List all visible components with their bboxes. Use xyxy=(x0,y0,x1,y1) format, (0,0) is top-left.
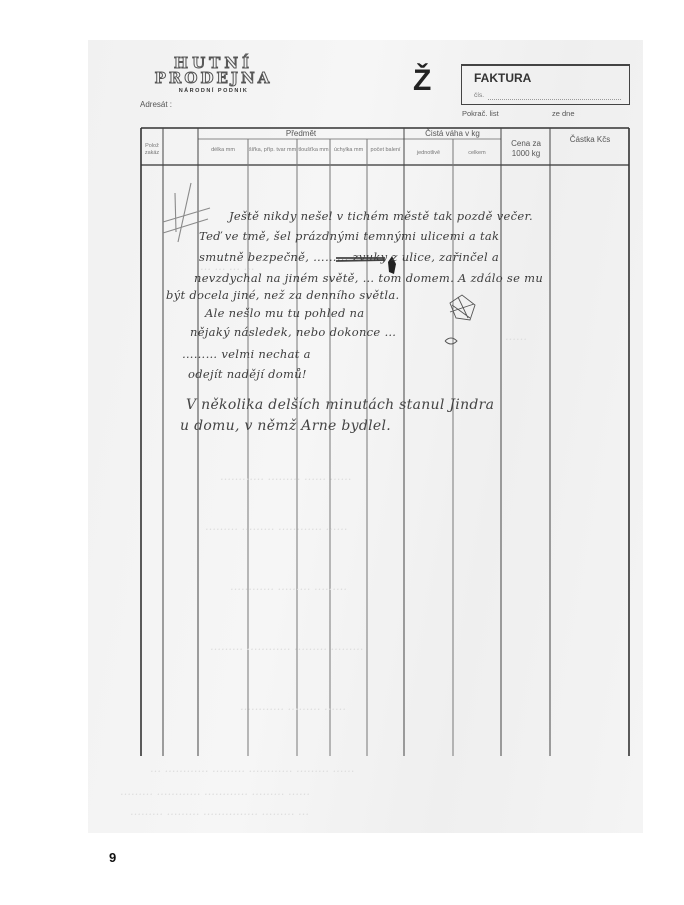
header-thickness: tloušťka mm xyxy=(297,147,330,154)
bleed-through-text: ………… ……… …… xyxy=(240,700,346,713)
handwritten-line-7: nějaký následek, nebo dokonce … xyxy=(190,325,396,339)
header-length: délka mm xyxy=(198,147,248,154)
header-subject: Předmět xyxy=(198,129,404,139)
invoice-title-box: FAKTURA čís. xyxy=(461,64,630,105)
header-weight-total: celkem xyxy=(453,150,501,157)
header-width: šířka, příp. tvar mm xyxy=(248,147,297,154)
bleed-through-text: ………… ……… ……… xyxy=(230,580,347,593)
bleed-through-text: ………… ……… …… …… xyxy=(220,470,352,483)
bleed-through-text: ……… ……… …………… ……… … xyxy=(130,805,309,818)
handwritten-line-2: Teď ve tmě, šel prázdnými temnými ulicem… xyxy=(199,229,499,243)
invoice-number-label: čís. xyxy=(474,92,484,99)
handwritten-line-6: Ale nešlo mu tu pohled na xyxy=(205,306,364,320)
bleed-through-text: …… xyxy=(505,330,527,343)
header-item-number: Polož zakáz xyxy=(141,143,163,157)
handwritten-line-5: být docela jiné, než za denního světla. xyxy=(166,288,399,302)
invoice-title: FAKTURA xyxy=(474,71,531,85)
series-letter: Ž xyxy=(413,64,431,98)
bleed-through-text: ……… ………… ………… ……… …… xyxy=(120,785,310,798)
header-tolerance: úchylka mm xyxy=(330,147,367,154)
bleed-through-text: ……… ……… ………… …… xyxy=(205,520,348,533)
continuation-label: Pokrač. list xyxy=(462,109,499,118)
page-number: 9 xyxy=(109,850,116,865)
bleed-through-text: ……… ………… ……… ……… xyxy=(210,640,364,653)
header-net-weight: Čistá váha v kg xyxy=(404,129,501,139)
header-weight-each: jednotlivě xyxy=(404,150,453,157)
header-package-count: počet balení xyxy=(367,147,404,154)
logo-line-2: PRODEJNA xyxy=(146,71,281,86)
handwritten-line-10: V několika delších minutách stanul Jindr… xyxy=(186,397,494,413)
handwritten-line-9: odejít nadějí domů! xyxy=(188,367,307,381)
handwritten-line-4: nevzdychal na jiném světě, … tom domem. … xyxy=(194,271,543,285)
invoice-number-line xyxy=(488,99,621,100)
handwritten-line-3: smutně bezpečně, ……… zvuky z ulice, zaři… xyxy=(199,250,499,264)
handwritten-line-11: u domu, v němž Arne bydlel. xyxy=(180,418,391,434)
company-logo: HUTNÍ PRODEJNA NÁRODNÍ PODNIK xyxy=(146,56,281,94)
scanned-invoice-sheet xyxy=(88,40,643,833)
bleed-through-text: … ………… ……… ………… ……… …… xyxy=(150,762,354,775)
header-price: Cena za 1000 kg xyxy=(505,139,547,159)
addressee-label: Adresát : xyxy=(140,100,172,109)
header-amount: Částka Kčs xyxy=(553,135,627,145)
logo-line-3: NÁRODNÍ PODNIK xyxy=(146,88,281,94)
handwritten-line-8: ……… velmi nechat a xyxy=(182,347,311,361)
date-label: ze dne xyxy=(552,109,575,118)
handwritten-line-1: Ještě nikdy nešel v tichém městě tak poz… xyxy=(229,209,533,223)
